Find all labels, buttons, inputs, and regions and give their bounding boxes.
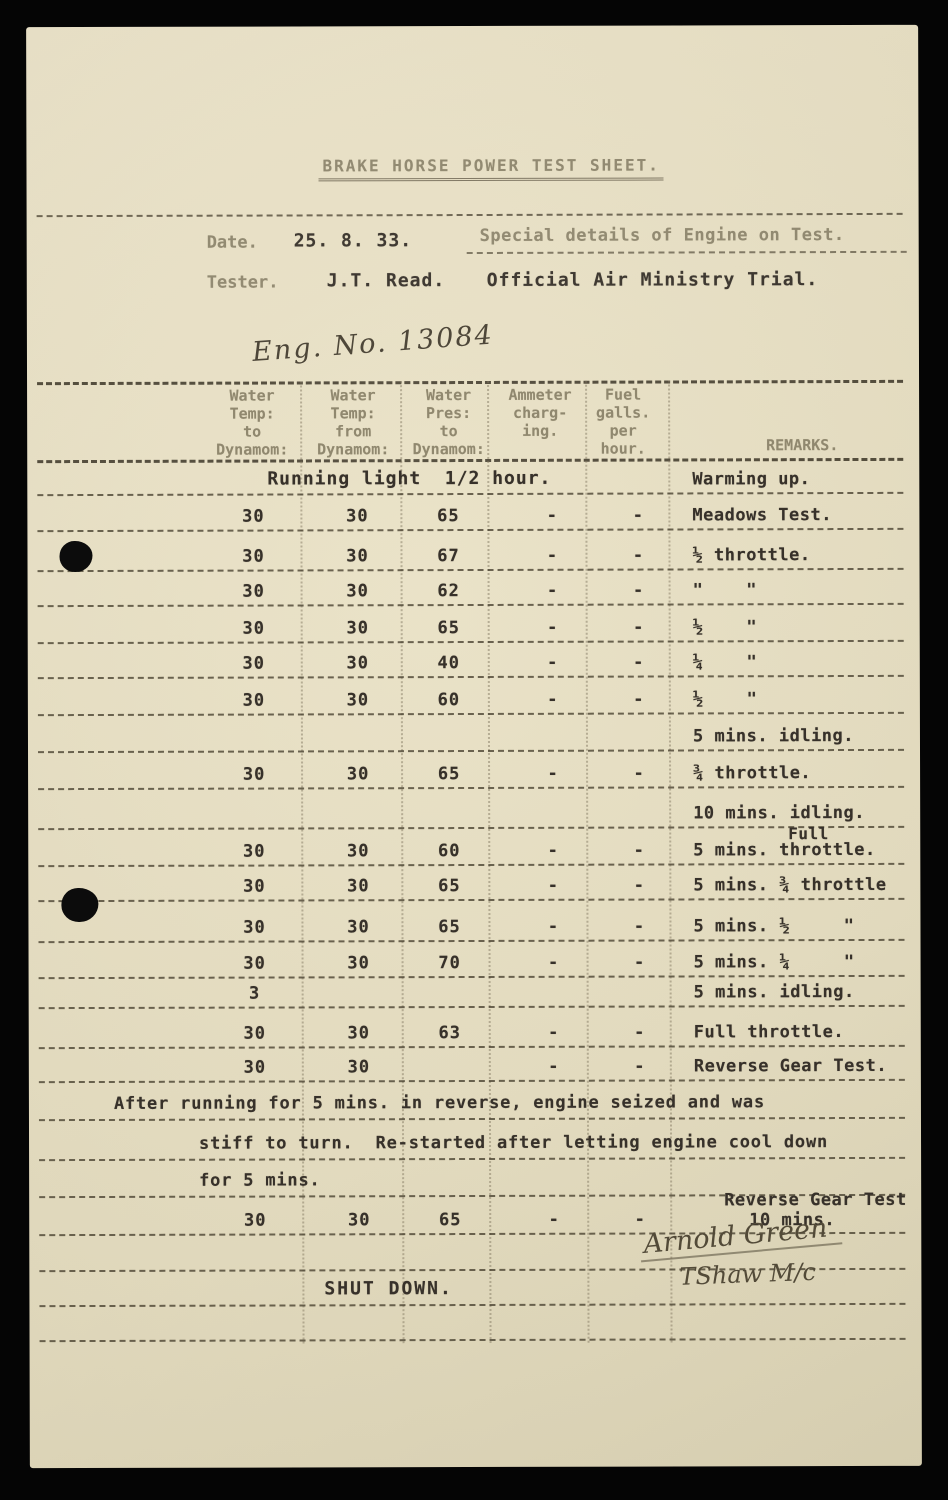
tester-label: Tester. (207, 273, 279, 293)
signature-shaw: TShaw M/c (679, 1258, 816, 1291)
value-cell: 30 (323, 581, 393, 601)
trial-label: Official Air Ministry Trial. (487, 269, 818, 291)
value-cell: - (519, 1210, 589, 1230)
note-text: After running for 5 mins. in reverse, en… (114, 1092, 765, 1114)
value-cell: - (519, 1057, 589, 1077)
value-cell: - (604, 840, 674, 860)
value-cell: - (518, 841, 588, 861)
value-cell: 65 (414, 618, 484, 638)
value-cell: - (605, 952, 675, 972)
value-cell: 30 (324, 1057, 394, 1077)
value-cell: 30 (220, 1023, 290, 1043)
value-cell: 30 (323, 618, 393, 638)
remark-cell: ¾ throttle. (693, 763, 933, 784)
table-row: 303065--½ " (38, 605, 904, 644)
table-row: Running light 1/2 hour.Warming up. (37, 460, 903, 496)
value-cell: 30 (322, 546, 392, 566)
value-cell: 30 (219, 581, 289, 601)
column-header-line: Dynamom: (401, 440, 496, 458)
value-cell: 40 (414, 653, 484, 673)
table-row: 303062--" " (38, 570, 904, 607)
column-header-line: Ammeter (495, 386, 585, 404)
value-cell: 30 (219, 690, 289, 710)
note-row: After running for 5 mins. in reverse, en… (39, 1081, 905, 1121)
remark-cell: ½ " (693, 617, 933, 638)
note-row: stiff to turn. Re-started after letting … (39, 1119, 905, 1161)
value-cell: 30 (322, 506, 392, 526)
value-cell: 65 (413, 506, 483, 526)
date-value: 25. 8. 33. (294, 230, 412, 251)
value-cell: - (604, 875, 674, 895)
top-divider (37, 213, 903, 217)
remark-text: 5 mins. ¾ throttle (693, 875, 886, 896)
value-cell: - (518, 876, 588, 896)
value-cell: - (518, 917, 588, 937)
value-cell: 30 (218, 506, 288, 526)
note-text: for 5 mins. (199, 1170, 320, 1190)
column-header-line: charg- (495, 404, 585, 422)
column-header-line: to (202, 422, 302, 440)
remark-text: 5 mins. ¼ " (694, 952, 855, 972)
value-cell: 70 (415, 953, 485, 973)
table-row: 3030--Reverse Gear Test. (39, 1047, 905, 1083)
value-cell: - (604, 617, 674, 637)
table-row: 5 mins. idling. (38, 714, 904, 753)
value-cell: - (519, 953, 589, 973)
value-cell: - (605, 1022, 675, 1042)
photo-background: { "colors":{ "background":"#050505", "pa… (0, 0, 948, 1500)
table-row: 303070--5 mins. ¼ " (39, 941, 905, 979)
table-row: 303065--5 mins. ¾ throttle (38, 865, 904, 902)
column-header: WaterTemp:toDynamom: (202, 386, 302, 458)
table-row: 303060--Full5 mins. throttle. (38, 828, 904, 867)
column-header-line: REMARKS. (717, 436, 887, 454)
value-cell: 63 (415, 1023, 485, 1043)
remark-cell: ½ " (693, 689, 933, 710)
table-row: 303040--¼ " (38, 642, 904, 679)
value-cell: 65 (414, 917, 484, 937)
column-header-line: from (303, 422, 403, 440)
remark-text: ½ throttle. (692, 545, 810, 565)
value-cell: - (604, 652, 674, 672)
value-cell: 30 (323, 841, 393, 861)
remark-cell: Reverse Gear Test. (694, 1056, 934, 1077)
remark-text: ¼ " (693, 652, 757, 672)
table-column-headers: WaterTemp:toDynamom:WaterTemp:fromDynamo… (26, 25, 918, 27)
remark-line1: Reverse Gear Test (694, 1190, 934, 1211)
value-cell: 30 (324, 1210, 394, 1230)
remark-cell: ¼ " (693, 652, 933, 673)
remark-cell: ½ throttle. (692, 545, 932, 566)
value-cell: 30 (324, 953, 394, 973)
column-header: Ammetercharg-ing. (495, 386, 585, 440)
column-header-line: Water (303, 386, 403, 404)
column-header: REMARKS. (717, 436, 887, 454)
value-cell: 30 (323, 764, 393, 784)
value-cell: - (517, 546, 587, 566)
value-cell: 67 (413, 546, 483, 566)
column-header-line: Water (202, 386, 302, 404)
value-cell: - (605, 1056, 675, 1076)
column-header-line: Dynamom: (202, 440, 302, 458)
row-span-text: Running light 1/2 hour. (267, 468, 551, 490)
value-cell: - (518, 653, 588, 673)
remark-text: " " (693, 580, 757, 600)
column-header-line: Dynamom: (303, 440, 403, 458)
shutdown-row: SHUT DOWN.TShaw M/c (39, 1270, 905, 1307)
tester-value: J.T. Read. (327, 270, 445, 291)
remark-cell: Full5 mins. throttle. (693, 827, 933, 861)
page-title: BRAKE HORSE POWER TEST SHEET. (318, 156, 663, 182)
remark-cell: 5 mins. idling. (694, 982, 934, 1003)
column-header-line: Water (401, 386, 496, 404)
remark-text: Reverse Gear Test. (694, 1056, 887, 1077)
value-cell: - (518, 618, 588, 638)
value-cell: 30 (219, 841, 289, 861)
remark-text: 5 mins. throttle. (693, 840, 876, 860)
remark-cell: " " (693, 580, 933, 601)
remark-text: Meadows Test. (692, 505, 832, 525)
value-cell: 60 (414, 841, 484, 861)
shutdown-label: SHUT DOWN. (324, 1278, 452, 1299)
value-cell: 30 (220, 1210, 290, 1230)
value-cell: - (518, 764, 588, 784)
special-details-underline: Special details of Engine on Test. (467, 225, 907, 254)
table-row: 303060--½ " (38, 677, 904, 716)
value-cell: - (518, 581, 588, 601)
value-cell: 30 (323, 653, 393, 673)
value-cell: - (518, 690, 588, 710)
table-row: 303065--¾ throttle. (38, 751, 904, 790)
test-table: Running light 1/2 hour.Warming up.303065… (37, 460, 905, 1342)
value-cell: 30 (220, 1057, 290, 1077)
column-header-line: Pres: (401, 404, 496, 422)
value-cell: 3 (220, 983, 290, 1003)
value-cell: 30 (219, 653, 289, 673)
value-cell: 30 (219, 917, 289, 937)
column-header-line: to (401, 422, 496, 440)
value-cell: 65 (414, 764, 484, 784)
remark-text: ¾ throttle. (693, 763, 811, 783)
value-cell: 60 (414, 690, 484, 710)
value-cell: 30 (219, 876, 289, 896)
value-cell: 30 (323, 876, 393, 896)
table-row: 303065--Meadows Test. (37, 494, 903, 532)
value-cell: - (604, 689, 674, 709)
remark-text: ½ " (693, 617, 757, 637)
remark-upper-line: Full (693, 827, 933, 841)
value-cell: 65 (415, 1210, 485, 1230)
remark-cell: 5 mins. ½ " (693, 916, 933, 937)
remark-cell: Meadows Test. (692, 505, 932, 526)
column-header: Fuelgalls.perhour. (583, 386, 663, 458)
remark-cell: 5 mins. idling. (693, 726, 933, 747)
remark-text: Warming up. (692, 469, 810, 489)
remark-text: ½ " (693, 689, 757, 709)
column-header-line: hour. (583, 440, 663, 458)
remark-cell: 10 mins. idling. (693, 803, 933, 824)
value-cell: - (604, 916, 674, 936)
paper-sheet: BRAKE HORSE POWER TEST SHEET. Date. 25. … (26, 25, 922, 1468)
value-cell: 30 (323, 917, 393, 937)
value-cell: - (517, 506, 587, 526)
value-cell: 62 (414, 581, 484, 601)
table-row: 303063--Full throttle. (39, 1007, 905, 1049)
remark-cell: Warming up. (692, 469, 932, 490)
engine-number-handwriting: Eng. No. 13084 (251, 320, 495, 368)
table-top-divider (37, 380, 903, 385)
column-header-line: galls. (583, 404, 663, 422)
value-cell: - (519, 1023, 589, 1043)
column-header: WaterTemp:fromDynamom: (303, 386, 403, 458)
note-text: stiff to turn. Re-started after letting … (199, 1132, 828, 1154)
value-cell: - (604, 763, 674, 783)
table-row: 10 mins. idling. (38, 788, 904, 830)
value-cell: 30 (219, 618, 289, 638)
column-header-line: Temp: (202, 404, 302, 422)
empty-row (39, 1305, 905, 1342)
table-row: 35 mins. idling. (39, 977, 905, 1009)
column-header-line: per (583, 422, 663, 440)
value-cell: 30 (323, 690, 393, 710)
remark-cell: Full throttle. (694, 1022, 934, 1043)
remark-text: 10 mins. idling. (693, 803, 865, 823)
value-cell: 30 (218, 546, 288, 566)
remark-cell: 5 mins. ¾ throttle (693, 875, 933, 896)
column-header-line: Temp: (303, 404, 403, 422)
column-header-line: ing. (495, 422, 585, 440)
remark-cell: 5 mins. ¼ " (694, 952, 934, 973)
table-row: 303065--5 mins. ½ " (38, 900, 904, 943)
remark-text: 5 mins. ½ " (693, 916, 854, 936)
value-cell: - (603, 505, 673, 525)
remark-text: Full throttle. (694, 1022, 844, 1042)
value-cell: 30 (219, 764, 289, 784)
date-label: Date. (207, 233, 258, 253)
table-row: 303067--½ throttle. (37, 530, 903, 572)
value-cell: - (604, 580, 674, 600)
value-cell: 30 (220, 953, 290, 973)
special-details-label: Special details of Engine on Test. (480, 225, 845, 246)
remark-text: 5 mins. idling. (693, 726, 854, 746)
remark-text: 5 mins. idling. (694, 982, 855, 1002)
value-cell: 65 (414, 876, 484, 896)
column-header: WaterPres:toDynamom: (401, 386, 496, 458)
value-cell: - (603, 545, 673, 565)
value-cell: 30 (324, 1023, 394, 1043)
column-header-line: Fuel (583, 386, 663, 404)
